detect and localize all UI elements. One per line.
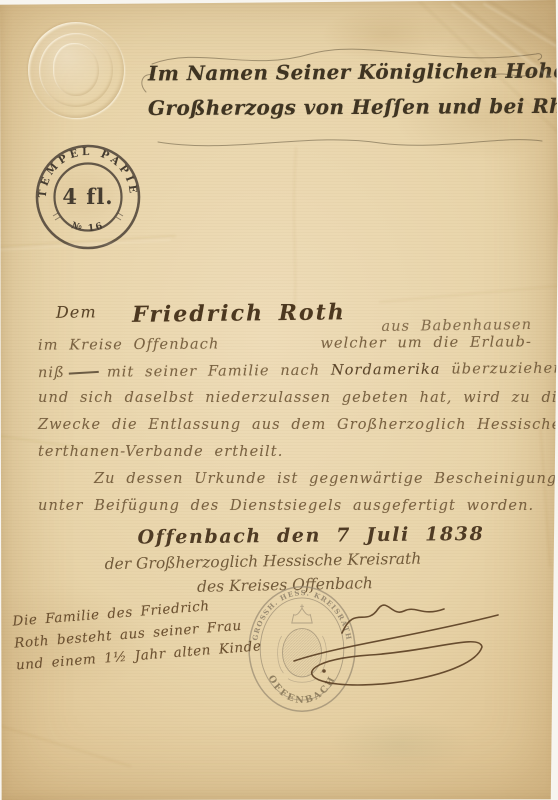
district-phrase: im Kreise Offenbach (38, 336, 220, 364)
destination-name: Nordamerika (331, 362, 441, 379)
line3-mid: mit seiner Familie nach (107, 363, 320, 381)
manuscript-line: nißmit seiner Familie nach Nordamerika ü… (38, 361, 532, 392)
manuscript-line: Zwecke die Entlassung aus dem Großherzog… (38, 417, 532, 444)
manuscript-line: und sich daselbst niederzulassen gebeten… (38, 390, 532, 417)
manuscript-body: Dem Friedrich Roth aus Babenhausen im Kr… (38, 300, 532, 600)
recipient-name: Friedrich Roth (132, 299, 346, 338)
line3-end: überzuziehen, (451, 361, 558, 378)
manuscript-line: im Kreise Offenbach welcher um die Erlau… (38, 334, 532, 364)
margin-annotation: Die Familie des Friedrich Roth besteht a… (12, 593, 237, 676)
stamp-number-text: № 16 (70, 220, 106, 234)
struck-out-word (69, 371, 99, 375)
recipient-origin: aus Babenhausen (381, 317, 532, 335)
header-line-2: Großherzogs von Heſſen und bei Rhein pp. (148, 94, 548, 120)
header-line-2-text: Großherzogs von Heſſen und bei Rhein (148, 94, 558, 120)
header-line-1: Im Namen Seiner Königlichen Hoheit des (148, 59, 548, 86)
signature-mark (292, 575, 504, 707)
line3-start: niß (38, 365, 65, 381)
svg-text:№ 16: № 16 (70, 220, 106, 234)
document-header: Im Namen Seiner Königlichen Hoheit des G… (148, 60, 548, 119)
scan-background: Im Namen Seiner Königlichen Hoheit des G… (0, 0, 558, 800)
stempel-papier-stamp: STEMPEL PAPIER № 16 4 fl. (33, 142, 143, 252)
document-paper: Im Namen Seiner Königlichen Hoheit des G… (0, 0, 558, 800)
manuscript-line: Zu dessen Urkunde ist gegenwärtige Besch… (38, 471, 532, 498)
salutation: Dem (56, 302, 97, 338)
manuscript-line: unter Beifügung des Dienstsiegels ausgef… (38, 498, 532, 525)
line2-right: welcher um die Erlaub- (320, 334, 532, 362)
stamp-value-text: 4 fl. (62, 184, 113, 209)
embossed-blind-seal (28, 22, 124, 118)
manuscript-line: terthanen-Verbande ertheilt. (38, 444, 532, 471)
manuscript-line: Dem Friedrich Roth aus Babenhausen (38, 297, 532, 339)
